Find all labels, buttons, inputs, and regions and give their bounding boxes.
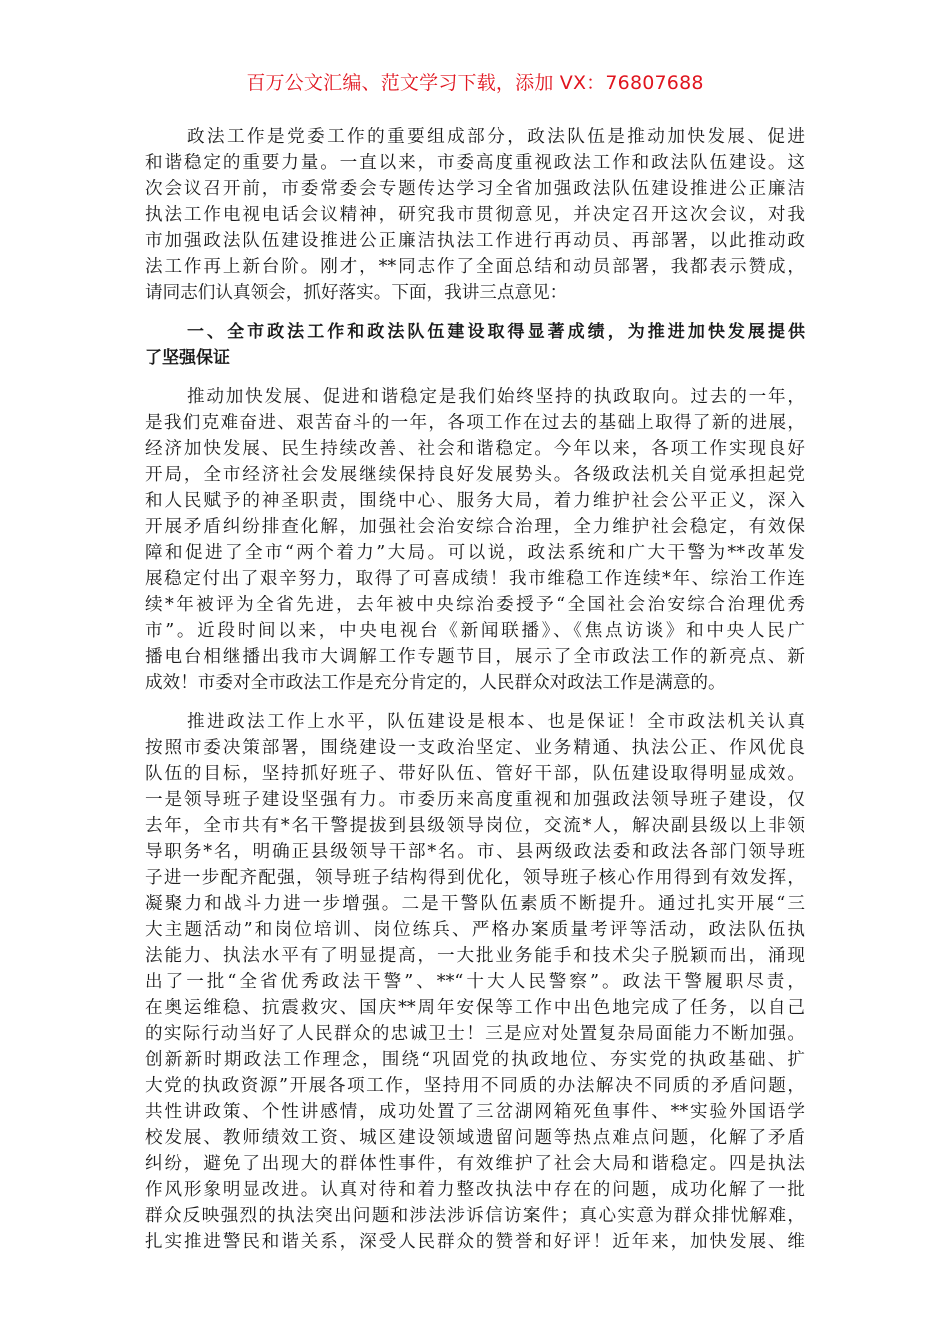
text-line: 队伍的目标，坚持抓好班子、带好队伍、管好干部，队伍建设取得明显成效。 [145,761,805,787]
text-line: 成效！市委对全市政法工作是充分肯定的，人民群众对政法工作是满意的。 [145,670,805,696]
paragraph-gap [145,371,805,384]
text-line: 障和促进了全市“两个着力”大局。可以说，政法系统和广大干警为**改革发 [145,540,805,566]
text-line: 次会议召开前，市委常委会专题传达学习全省加强政法队伍建设推进公正廉洁 [145,176,805,202]
text-line: 共性讲政策、个性讲感情，成功处置了三岔湖网箱死鱼事件、**实验外国语学 [145,1099,805,1125]
text-line: 作风形象明显改进。认真对待和着力整改执法中存在的问题，成功化解了一批 [145,1177,805,1203]
text-line: 播电台相继播出我市大调解工作专题节目，展示了全市政法工作的新亮点、新 [145,644,805,670]
text-line: 大党的执政资源”开展各项工作，坚持用不同质的办法解决不同质的矛盾问题， [145,1073,805,1099]
section-heading-1: 一、全市政法工作和政法队伍建设取得显著成绩，为推进加快发展提供 了坚强保证 [145,319,805,371]
text-line: 推动加快发展、促进和谐稳定是我们始终坚持的执政取向。过去的一年， [145,384,805,410]
text-line: 开展矛盾纠纷排查化解，加强社会治安综合治理，全力维护社会稳定，有效保 [145,514,805,540]
text-line: 市加强政法队伍建设推进公正廉洁执法工作进行再动员、再部署，以此推动政 [145,228,805,254]
text-line: 导职务*名，明确正县级领导干部*名。市、县两级政法委和政法各部门领导班 [145,839,805,865]
text-line: 法工作再上新台阶。刚才，**同志作了全面总结和动员部署，我都表示赞成， [145,254,805,280]
paragraph-gap [145,696,805,709]
text-line: 推进政法工作上水平，队伍建设是根本、也是保证！全市政法机关认真 [145,709,805,735]
text-line: 市”。近段时间以来，中央电视台《新闻联播》、《焦点访谈》和中央人民广 [145,618,805,644]
text-line: 开局，全市经济社会发展继续保持良好发展势头。各级政法机关自觉承担起党 [145,462,805,488]
text-line: 的实际行动当好了人民群众的忠诚卫士！三是应对处置复杂局面能力不断加强。 [145,1021,805,1047]
text-line: 请同志们认真领会，抓好落实。下面，我讲三点意见： [145,280,805,306]
text-line: 经济加快发展、民生持续改善、社会和谐稳定。今年以来，各项工作实现良好 [145,436,805,462]
text-line: 去年，全市共有*名干警提拔到县级领导岗位，交流*人，解决副县级以上非领 [145,813,805,839]
document-body: 政法工作是党委工作的重要组成部分，政法队伍是推动加快发展、促进 和谐稳定的重要力… [145,124,805,1255]
text-line: 纠纷，避免了出现大的群体性事件，有效维护了社会大局和谐稳定。四是执法 [145,1151,805,1177]
text-line: 按照市委决策部署，围绕建设一支政治坚定、业务精通、执法公正、作风优良 [145,735,805,761]
paragraph-gap [145,306,805,319]
text-line: 凝聚力和战斗力进一步增强。二是干警队伍素质不断提升。通过扎实开展“三 [145,891,805,917]
text-line: 校发展、教师绩效工资、城区建设领域遗留问题等热点难点问题，化解了矛盾 [145,1125,805,1151]
text-line: 群众反映强烈的执法突出问题和涉法涉诉信访案件；真心实意为群众排忧解难， [145,1203,805,1229]
text-line: 和人民赋予的神圣职责，围绕中心、服务大局，着力维护社会公平正义，深入 [145,488,805,514]
text-line: 执法工作电视电话会议精神，研究我市贯彻意见，并决定召开这次会议，对我 [145,202,805,228]
heading-line: 了坚强保证 [145,345,805,371]
text-line: 续*年被评为全省先进，去年被中央综治委授予“全国社会治安综合治理优秀 [145,592,805,618]
paragraph-achievements: 推动加快发展、促进和谐稳定是我们始终坚持的执政取向。过去的一年， 是我们克难奋进… [145,384,805,696]
watermark-banner: 百万公文汇编、范文学习下载，添加 VX：76807688 [0,68,950,95]
text-line: 创新新时期政法工作理念，围绕“巩固党的执政地位、夯实党的执政基础、扩 [145,1047,805,1073]
text-line: 一是领导班子建设坚强有力。市委历来高度重视和加强政法领导班子建设，仅 [145,787,805,813]
text-line: 和谐稳定的重要力量。一直以来，市委高度重视政法工作和政法队伍建设。这 [145,150,805,176]
paragraph-intro: 政法工作是党委工作的重要组成部分，政法队伍是推动加快发展、促进 和谐稳定的重要力… [145,124,805,306]
heading-line: 一、全市政法工作和政法队伍建设取得显著成绩，为推进加快发展提供 [145,319,805,345]
text-line: 是我们克难奋进、艰苦奋斗的一年，各项工作在过去的基础上取得了新的进展， [145,410,805,436]
text-line: 扎实推进警民和谐关系，深受人民群众的赞誉和好评！近年来，加快发展、维 [145,1229,805,1255]
text-line: 出了一批“全省优秀政法干警”、**“十大人民警察”。政法干警履职尽责， [145,969,805,995]
text-line: 在奥运维稳、抗震救灾、国庆**周年安保等工作中出色地完成了任务，以自己 [145,995,805,1021]
text-line: 政法工作是党委工作的重要组成部分，政法队伍是推动加快发展、促进 [145,124,805,150]
text-line: 大主题活动”和岗位培训、岗位练兵、严格办案质量考评等活动，政法队伍执 [145,917,805,943]
text-line: 展稳定付出了艰辛努力，取得了可喜成绩！我市维稳工作连续*年、综治工作连 [145,566,805,592]
paragraph-team-building: 推进政法工作上水平，队伍建设是根本、也是保证！全市政法机关认真 按照市委决策部署… [145,709,805,1255]
text-line: 法能力、执法水平有了明显提高，一大批业务能手和技术尖子脱颖而出，涌现 [145,943,805,969]
text-line: 子进一步配齐配强，领导班子结构得到优化，领导班子核心作用得到有效发挥， [145,865,805,891]
